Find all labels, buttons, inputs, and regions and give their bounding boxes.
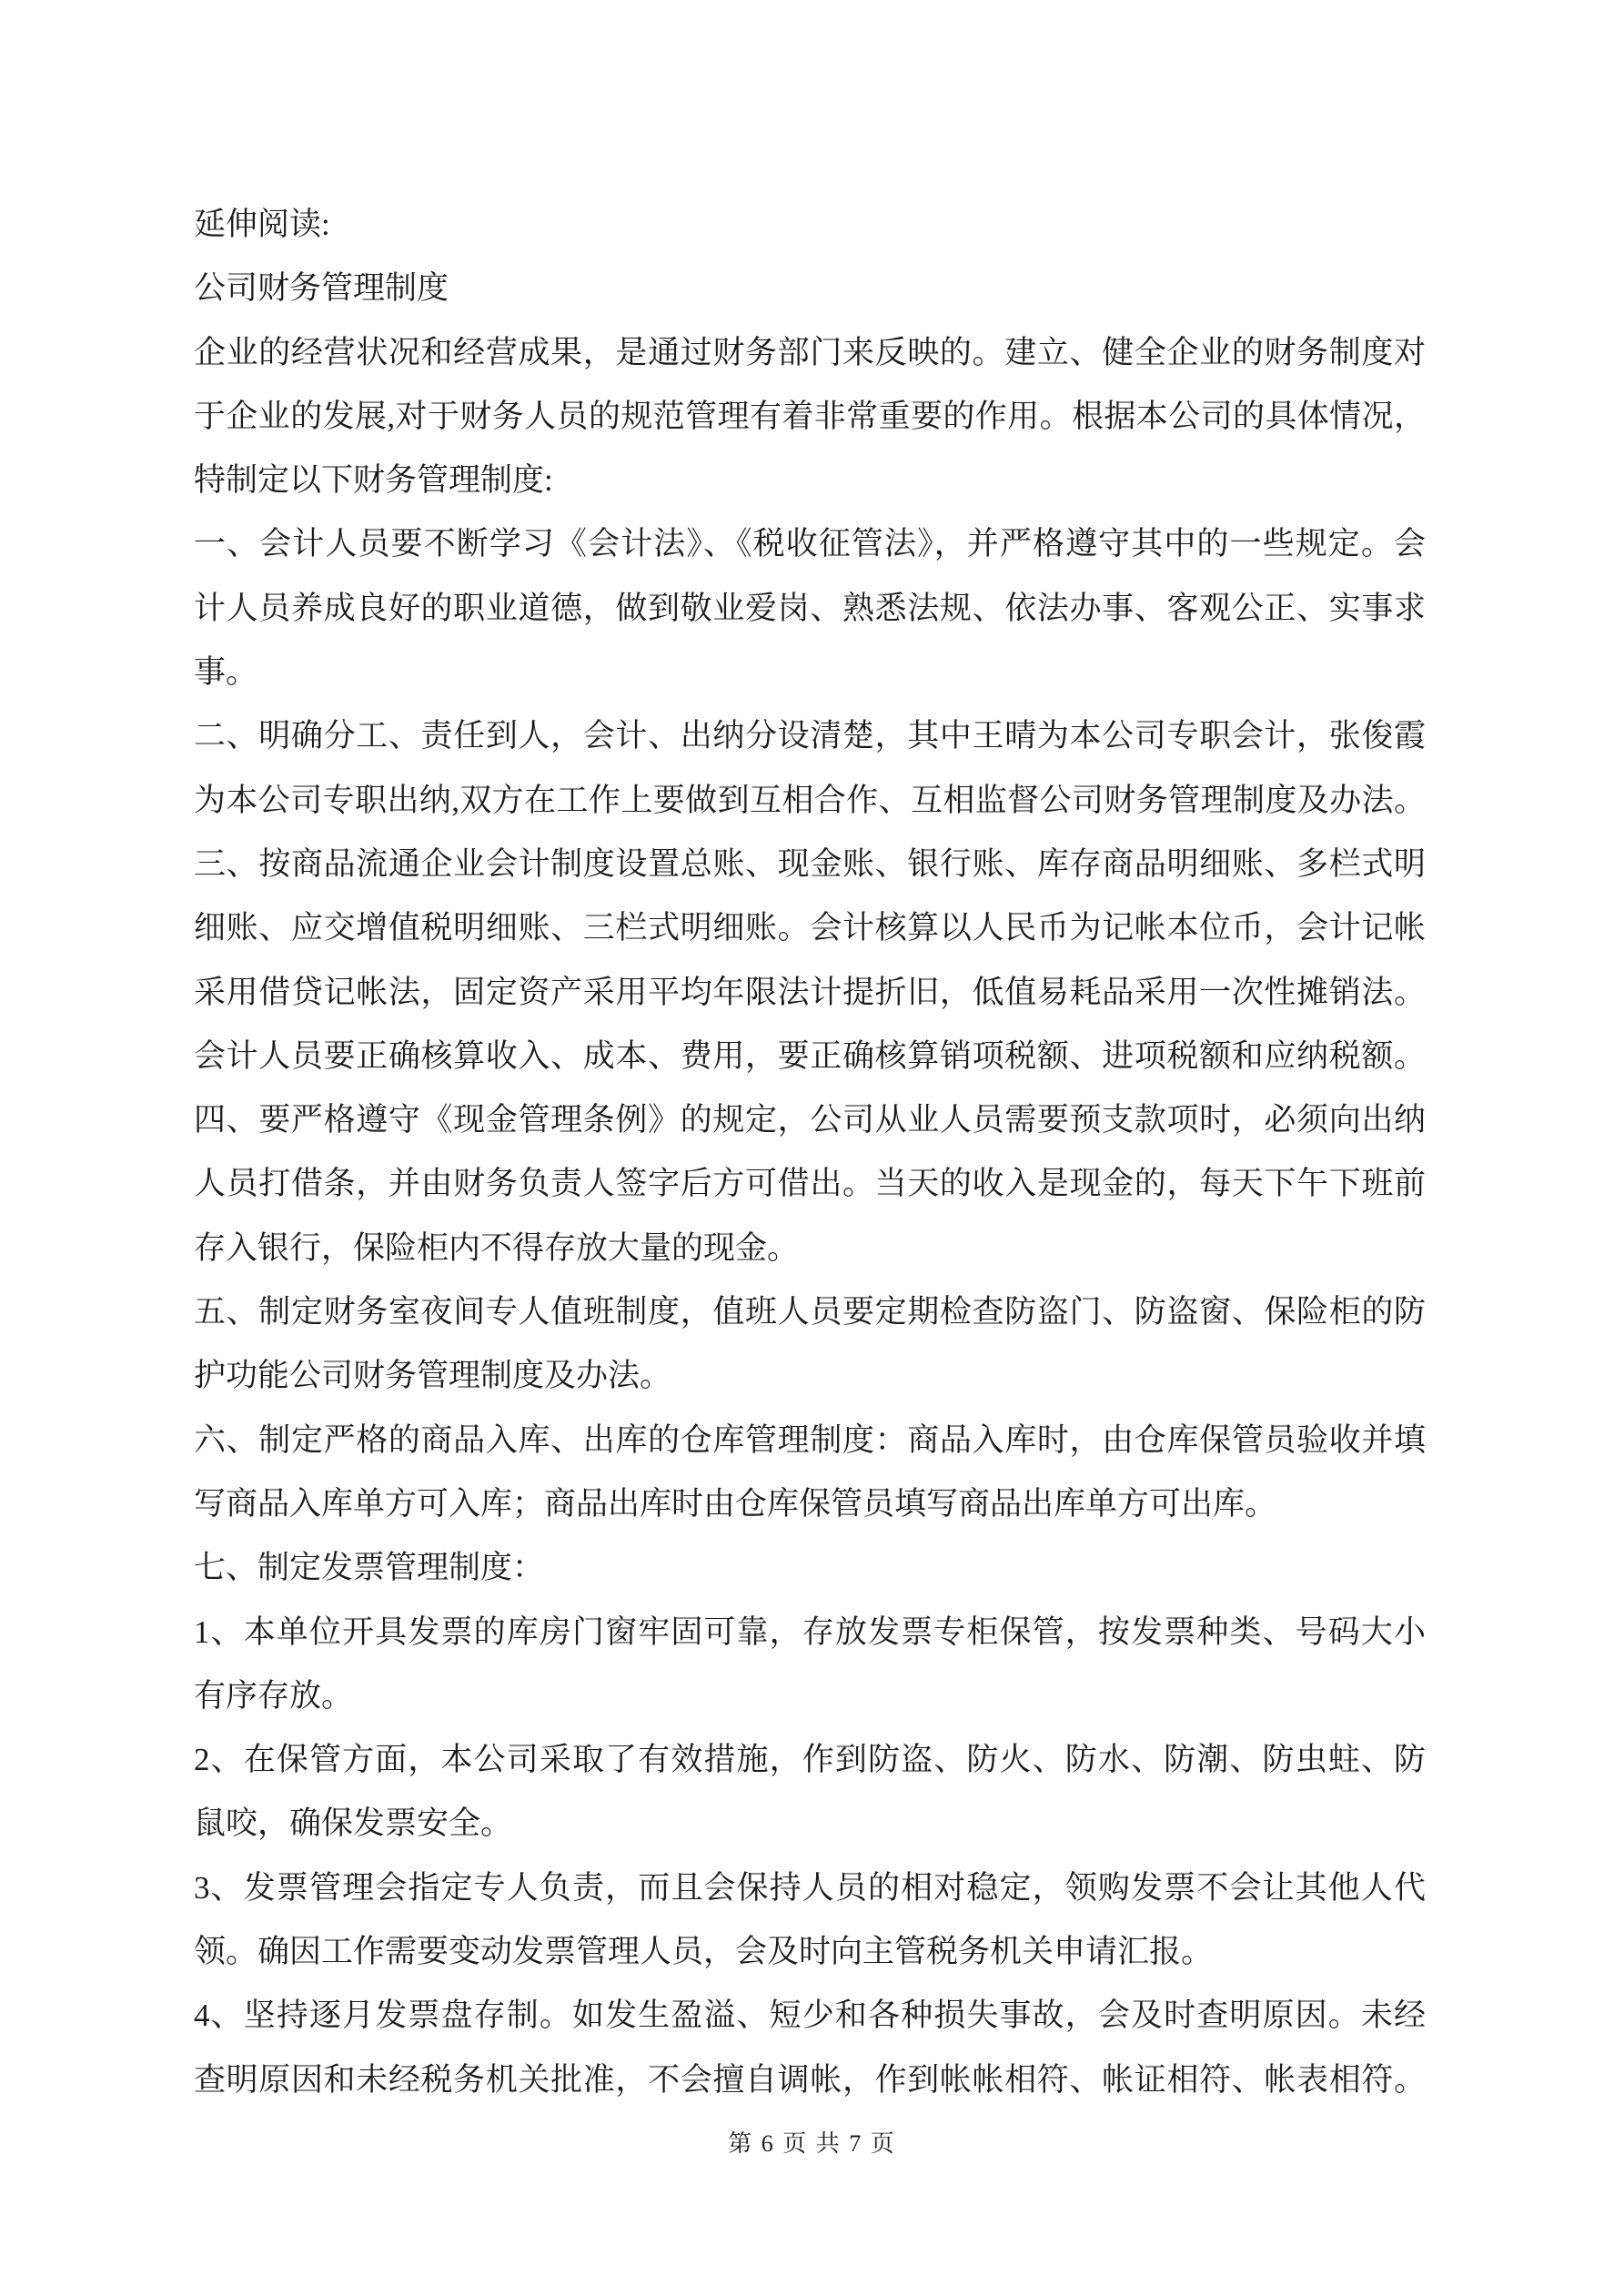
text-line: 六、制定严格的商品入库、出库的仓库管理制度：商品入库时，由仓库保管员验收并填: [194, 1409, 1426, 1472]
text-line: 1、本单位开具发票的库房门窗牢固可靠，存放发票专柜保管，按发票种类、号码大小: [194, 1601, 1426, 1664]
text-line: 有序存放。: [194, 1664, 1426, 1728]
text-line: 3、发票管理会指定专人负责，而且会保持人员的相对稳定，领购发票不会让其他人代: [194, 1856, 1426, 1920]
text-line: 2、在保管方面，本公司采取了有效措施，作到防盗、防火、防水、防潮、防虫蛀、防: [194, 1728, 1426, 1792]
text-line: 细账、应交增值税明细账、三栏式明细账。会计核算以人民币为记帐本位币，会计记帐: [194, 896, 1426, 960]
text-line: 三、按商品流通企业会计制度设置总账、现金账、银行账、库存商品明细账、多栏式明: [194, 833, 1426, 896]
text-line: 人员打借条，并由财务负责人签字后方可借出。当天的收入是现金的，每天下午下班前: [194, 1152, 1426, 1216]
text-line: 查明原因和未经税务机关批准，不会擅自调帐，作到帐帐相符、帐证相符、帐表相符。: [194, 2048, 1426, 2112]
text-line: 采用借贷记帐法，固定资产采用平均年限法计提折旧，低值易耗品采用一次性摊销法。: [194, 961, 1426, 1025]
text-line: 领。确因工作需要变动发票管理人员，会及时向主管税务机关申请汇报。: [194, 1920, 1426, 1984]
text-line: 4、坚持逐月发票盘存制。如发生盈溢、短少和各种损失事故，会及时查明原因。未经: [194, 1984, 1426, 2048]
text-line: 写商品入库单方可入库；商品出库时由仓库保管员填写商品出库单方可出库。: [194, 1472, 1426, 1536]
text-line: 事。: [194, 641, 1426, 704]
page-footer: 第 6 页 共 7 页: [0, 2112, 1624, 2176]
document-body: 延伸阅读:公司财务管理制度企业的经营状况和经营成果，是通过财务部门来反映的。建立…: [194, 193, 1426, 2112]
text-line: 四、要严格遵守《现金管理条例》的规定，公司从业人员需要预支款项时，必须向出纳: [194, 1088, 1426, 1152]
text-line: 存入银行，保险柜内不得存放大量的现金。: [194, 1217, 1426, 1280]
text-line: 公司财务管理制度: [194, 257, 1426, 320]
text-line: 一、会计人员要不断学习《会计法》、《税收征管法》，并严格遵守其中的一些规定。会: [194, 512, 1426, 576]
text-line: 企业的经营状况和经营成果，是通过财务部门来反映的。建立、健全企业的财务制度对: [194, 321, 1426, 385]
text-line: 七、制定发票管理制度：: [194, 1536, 1426, 1600]
document-page: 延伸阅读:公司财务管理制度企业的经营状况和经营成果，是通过财务部门来反映的。建立…: [0, 0, 1624, 2296]
text-line: 会计人员要正确核算收入、成本、费用，要正确核算销项税额、进项税额和应纳税额。: [194, 1025, 1426, 1088]
text-line: 五、制定财务室夜间专人值班制度，值班人员要定期检查防盗门、防盗窗、保险柜的防: [194, 1280, 1426, 1344]
text-line: 二、明确分工、责任到人，会计、出纳分设清楚，其中王晴为本公司专职会计，张俊霞: [194, 704, 1426, 768]
text-line: 鼠咬，确保发票安全。: [194, 1792, 1426, 1856]
page-number-label: 第 6 页 共 7 页: [728, 2130, 896, 2157]
text-line: 于企业的发展,对于财务人员的规范管理有着非常重要的作用。根据本公司的具体情况，: [194, 385, 1426, 449]
text-line: 计人员养成良好的职业道德，做到敬业爱岗、熟悉法规、依法办事、客观公正、实事求: [194, 577, 1426, 641]
text-line: 为本公司专职出纳,双方在工作上要做到互相合作、互相监督公司财务管理制度及办法。: [194, 769, 1426, 833]
text-line: 特制定以下财务管理制度:: [194, 449, 1426, 512]
text-line: 延伸阅读:: [194, 193, 1426, 257]
text-line: 护功能公司财务管理制度及办法。: [194, 1344, 1426, 1408]
